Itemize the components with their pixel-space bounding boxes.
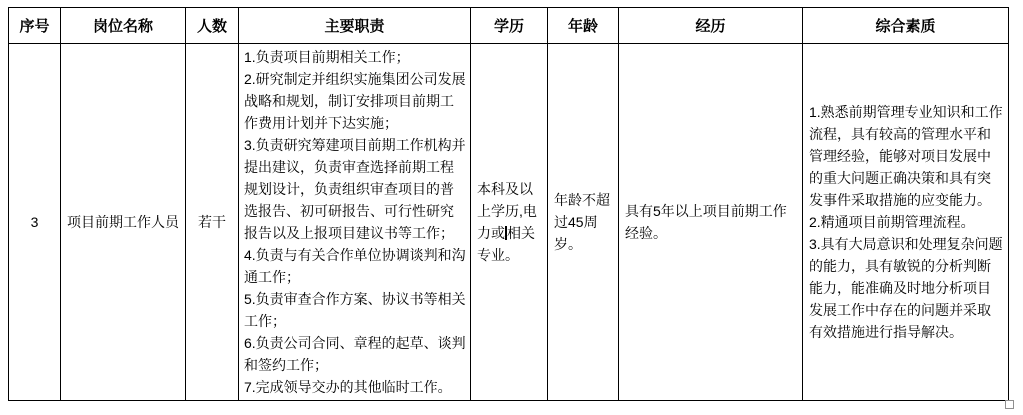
experience-value: 具有5年以上项目前期工作经验。 — [625, 203, 787, 241]
header-cell-seq[interactable]: 序号 — [9, 8, 61, 44]
cell-duties[interactable]: 1.负责项目前期相关工作；2.研究制定并组织实施集团公司发展战略和规划，制订安排… — [239, 44, 471, 401]
cell-position[interactable]: 项目前期工作人员 — [61, 44, 186, 401]
cell-headcount[interactable]: 若干 — [186, 44, 239, 401]
job-position-table: 序号 岗位名称 人数 主要职责 学历 年龄 经历 综合素质 3 项目前期工作人员… — [8, 7, 1009, 401]
duty-item: 4.负责与有关合作单位协调谈判和沟通工作； — [244, 244, 467, 288]
headcount-value: 若干 — [198, 214, 226, 230]
seq-value: 3 — [31, 214, 39, 230]
cell-age[interactable]: 年龄不超过45周岁。 — [548, 44, 619, 401]
header-cell-duties[interactable]: 主要职责 — [239, 8, 471, 44]
header-cell-headcount[interactable]: 人数 — [186, 8, 239, 44]
cell-education[interactable]: 本科及以上学历,电力或相关专业。 — [471, 44, 548, 401]
quality-item: 1.熟悉前期管理专业知识和工作流程，具有较高的管理水平和管理经验，能够对项目发展… — [809, 101, 1004, 211]
cell-qualities[interactable]: 1.熟悉前期管理专业知识和工作流程，具有较高的管理水平和管理经验，能够对项目发展… — [803, 44, 1009, 401]
position-value: 项目前期工作人员 — [67, 214, 179, 230]
cell-seq[interactable]: 3 — [9, 44, 61, 401]
header-cell-education[interactable]: 学历 — [471, 8, 548, 44]
header-cell-qualities[interactable]: 综合素质 — [803, 8, 1009, 44]
duty-item: 2.研究制定并组织实施集团公司发展战略和规划，制订安排项目前期工作费用计划并下达… — [244, 68, 467, 134]
table-resize-handle[interactable] — [1005, 400, 1014, 409]
quality-item: 3.具有大局意识和处理复杂问题的能力，具有敏锐的分析判断能力，能准确及时地分析项… — [809, 233, 1004, 343]
duty-item: 7.完成领导交办的其他临时工作。 — [244, 376, 467, 398]
duty-item: 6.负责公司合同、章程的起草、谈判和签约工作； — [244, 332, 467, 376]
duty-item: 3.负责研究筹建项目前期工作机构并提出建议，负责审查选择前期工程规划设计，负责组… — [244, 134, 467, 244]
cell-experience[interactable]: 具有5年以上项目前期工作经验。 — [619, 44, 803, 401]
document-page: 序号 岗位名称 人数 主要职责 学历 年龄 经历 综合素质 3 项目前期工作人员… — [0, 0, 1023, 415]
duty-item: 5.负责审查合作方案、协议书等相关工作； — [244, 288, 467, 332]
duty-item: 1.负责项目前期相关工作； — [244, 46, 467, 68]
table-row: 3 项目前期工作人员 若干 1.负责项目前期相关工作；2.研究制定并组织实施集团… — [9, 44, 1009, 401]
header-cell-age[interactable]: 年龄 — [548, 8, 619, 44]
quality-item: 2.精通项目前期管理流程。 — [809, 211, 1004, 233]
age-value: 年龄不超过45周岁。 — [554, 192, 610, 252]
header-row: 序号 岗位名称 人数 主要职责 学历 年龄 经历 综合素质 — [9, 8, 1009, 44]
header-cell-position[interactable]: 岗位名称 — [61, 8, 186, 44]
header-cell-experience[interactable]: 经历 — [619, 8, 803, 44]
